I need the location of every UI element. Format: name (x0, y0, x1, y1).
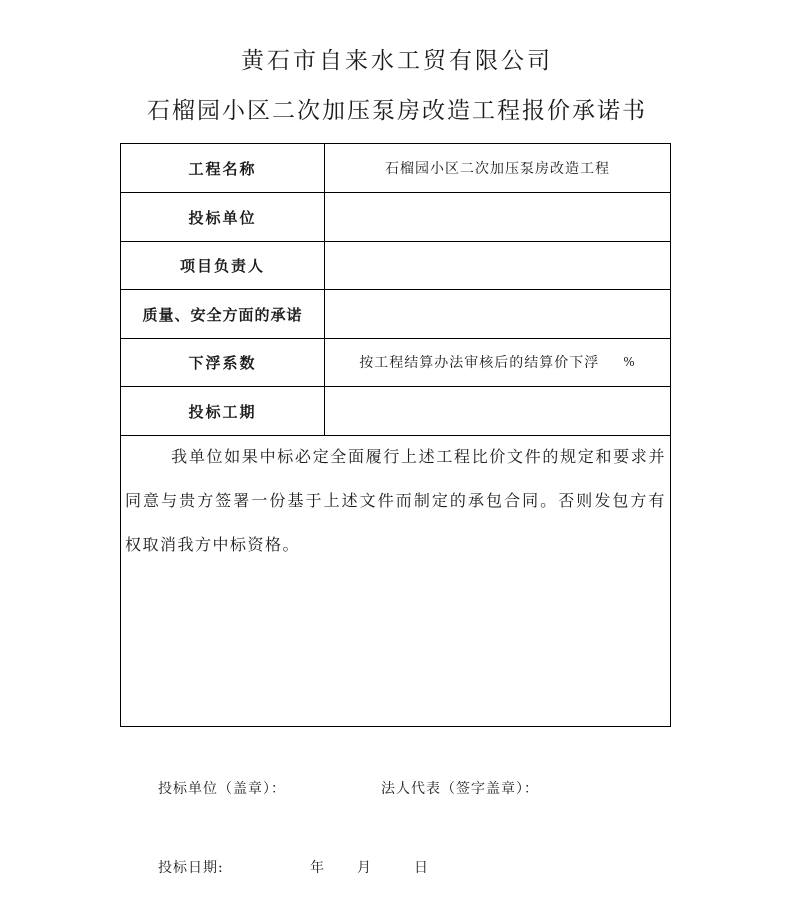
bidder-seal-label: 投标单位（盖章）： (158, 778, 286, 798)
month-label: 月 (357, 857, 372, 877)
year-label: 年 (310, 857, 325, 877)
document-title: 石榴园小区二次加压泵房改造工程报价承诺书 (0, 92, 794, 125)
row-bidder: 投标单位 (121, 193, 670, 242)
commitment-statement: 我单位如果中标必定全面履行上述工程比价文件的规定和要求并同意与贵方签署一份基于上… (121, 435, 670, 567)
statement-text: 我单位如果中标必定全面履行上述工程比价文件的规定和要求并同意与贵方签署一份基于上… (125, 447, 666, 554)
company-title: 黄石市自来水工贸有限公司 (0, 42, 794, 75)
percent-unit: % (623, 355, 635, 369)
day-label: 日 (414, 857, 429, 877)
project-manager-field[interactable] (325, 241, 670, 289)
duration-field[interactable] (325, 387, 670, 435)
project-manager-label: 项目负责人 (121, 241, 325, 289)
quality-safety-field[interactable] (325, 290, 670, 338)
project-name-label: 工程名称 (121, 144, 325, 192)
bidder-label: 投标单位 (121, 193, 325, 241)
discount-label: 下浮系数 (121, 338, 325, 386)
bidder-field[interactable] (325, 193, 670, 241)
discount-field[interactable]: 按工程结算办法审核后的结算价下浮 % (325, 338, 670, 386)
row-project-name: 工程名称 石榴园小区二次加压泵房改造工程 (121, 144, 670, 193)
row-duration: 投标工期 (121, 387, 670, 436)
row-project-manager: 项目负责人 (121, 241, 670, 290)
legal-rep-label: 法人代表（签字盖章）： (381, 778, 539, 798)
discount-text: 按工程结算办法审核后的结算价下浮 (359, 352, 599, 372)
duration-label: 投标工期 (121, 387, 325, 435)
row-quality-safety: 质量、安全方面的承诺 (121, 290, 670, 339)
bid-date-label: 投标日期: (158, 857, 224, 877)
bid-form-table: 工程名称 石榴园小区二次加压泵房改造工程 投标单位 项目负责人 质量、安全方面的… (120, 143, 671, 727)
quality-safety-label: 质量、安全方面的承诺 (121, 290, 325, 338)
row-discount: 下浮系数 按工程结算办法审核后的结算价下浮 % (121, 338, 670, 387)
project-name-value[interactable]: 石榴园小区二次加压泵房改造工程 (325, 144, 670, 192)
